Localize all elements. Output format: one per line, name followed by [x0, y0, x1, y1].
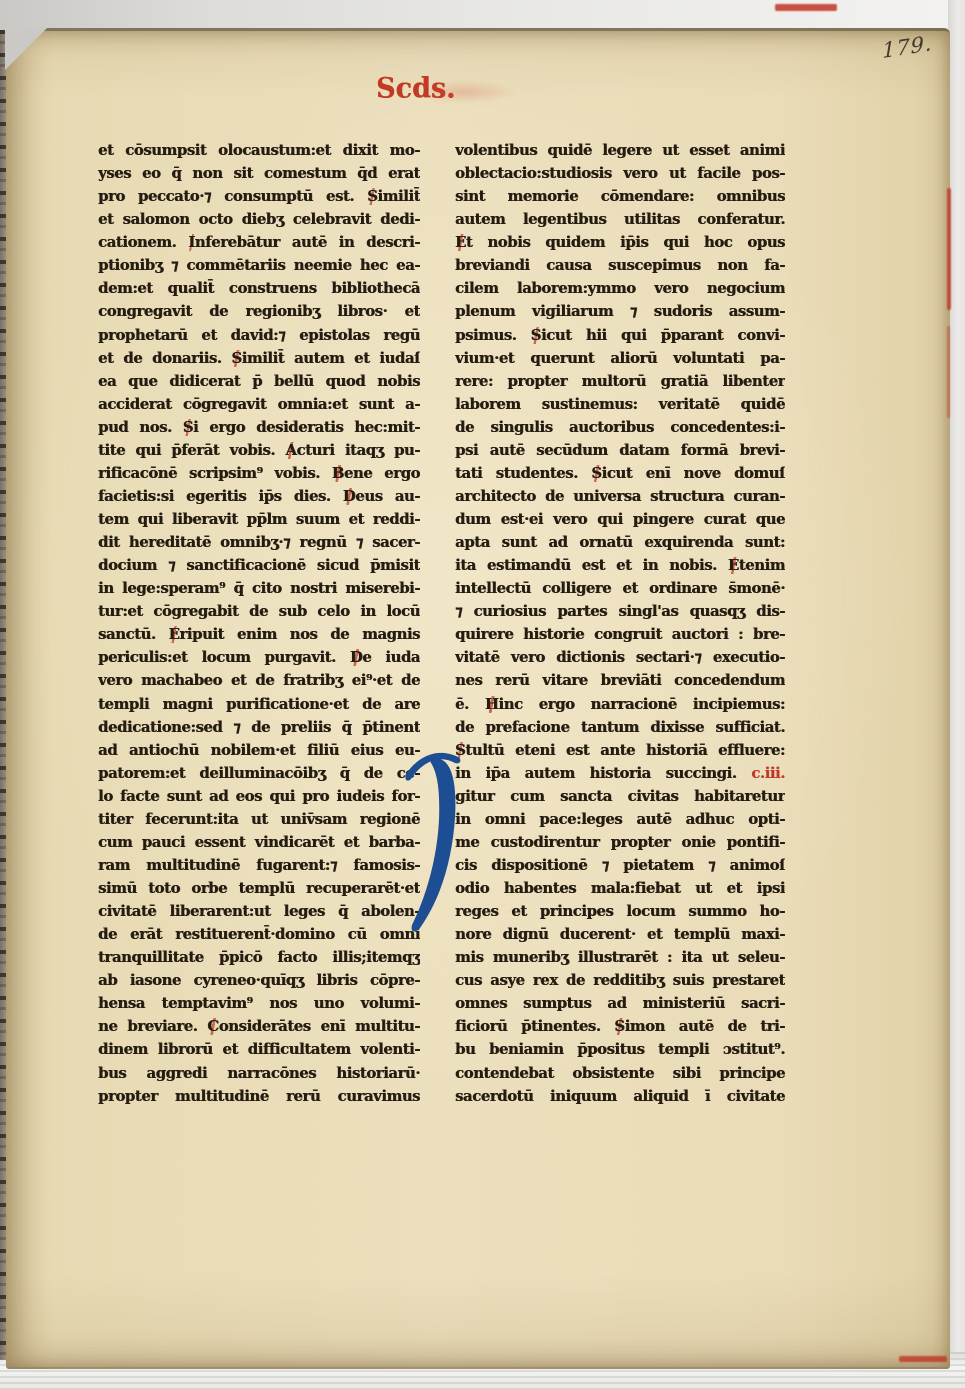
text-line: de erāt restituerent̄·domino cū omni — [98, 923, 420, 946]
text-line: ptionibʒ ⁊ commētariis neemie hec ea- — [98, 254, 420, 277]
text-line: odio habentes mala:fiebat ut et ipsi — [455, 877, 785, 900]
text-line: psimus. Sicut hii qui p̄parant convi- — [455, 324, 785, 347]
text-line: dedicatione:sed ⁊ de preliis q̄ p̄tinent — [98, 716, 420, 739]
chapter-initial-icon — [404, 745, 466, 933]
text-line: me custodirentur propter onie pontifi- — [455, 831, 785, 854]
text-line: tite qui p̄ferāt vobis. Acturi itaqʒ pu- — [98, 439, 420, 462]
text-line: hensa temptavim⁹ nos uno volumi- — [98, 992, 420, 1015]
text-line: ⁊ curiosius partes singl'as quasqʒ dis- — [455, 600, 785, 623]
red-edge-stain-right — [947, 188, 951, 310]
page-corner-shadow — [5, 28, 75, 80]
text-line: rere: propter multorū gratiā libenter — [455, 370, 785, 393]
text-line: intellectū colligere et ordinare s̄monē· — [455, 577, 785, 600]
text-line: pro peccato·⁊ consumptū est. Similit̄ — [98, 185, 420, 208]
text-line: nes rerū vitare breviāti concedendum — [455, 669, 785, 692]
text-line: Et nobis quidem ip̄is qui hoc opus — [455, 231, 785, 254]
text-line: dinem librorū et difficultatem volenti- — [98, 1038, 420, 1061]
text-line: et de donariis. Similit̄ autem et iudaſ — [98, 347, 420, 370]
text-line: ea que didicerat p̄ bellū quod nobis — [98, 370, 420, 393]
text-line: dum est·ei vero qui pingere curat que — [455, 508, 785, 531]
text-line: oblectacio:studiosis vero ut facile pos- — [455, 162, 785, 185]
text-line: autem legentibus utilitas conferatur. — [455, 208, 785, 231]
text-line: sacerdotū iniquum aliquid ī civitate — [455, 1085, 785, 1108]
text-line: omnes sumptus ad ministeriū sacri- — [455, 992, 785, 1015]
text-line: periculis:et locum purgavit. De iuda — [98, 646, 420, 669]
text-line: et salomon octo diebʒ celebravit dedi- — [98, 208, 420, 231]
text-line: ab iasone cyreneo·quīqʒ libris cōpre- — [98, 969, 420, 992]
text-line: psi autē secūdum datam formā brevi- — [455, 439, 785, 462]
text-line: acciderat cōgregavit omnia:et sunt a- — [98, 393, 420, 416]
text-line: tur:et cōgregabit de sub celo in locū — [98, 600, 420, 623]
text-line: vium·et querunt aliorū voluntati pa- — [455, 347, 785, 370]
text-line: architecto de universa structura curan- — [455, 485, 785, 508]
red-edge-stain-top — [775, 4, 837, 11]
text-line: ne breviare. Considerātes enī multitu- — [98, 1015, 420, 1038]
text-line: dem:et qualit̄ construens bibliothecā — [98, 277, 420, 300]
text-line: ita estimandū est et in nobis. Etenim — [455, 554, 785, 577]
text-line: breviandi causa suscepimus non fa- — [455, 254, 785, 277]
text-line: mis muneribʒ illustrarēt : ita ut seleu- — [455, 946, 785, 969]
text-line: apta sunt ad ornatū exquirenda sunt: — [455, 531, 785, 554]
text-line: vero machabeo et de fratribʒ ei⁹·et de — [98, 669, 420, 692]
text-line: et cōsumpsit olocaustum:et dixit mo- — [98, 139, 420, 162]
folio-number: 179. — [882, 31, 933, 63]
text-line: ē. Hinc ergo narracionē incipiemus: — [455, 693, 785, 716]
text-line: ram multitudinē fugarent:⁊ famosis- — [98, 854, 420, 877]
text-line: quirere historie congruit auctori : bre- — [455, 623, 785, 646]
text-line: volentibus quidē legere ut esset animi — [455, 139, 785, 162]
text-column-left: et cōsumpsit olocaustum:et dixit mo-yses… — [98, 139, 420, 1108]
text-line: laborem sustinemus: veritatē quidē — [455, 393, 785, 416]
text-line: nore dignū ducerent· et templū maxi- — [455, 923, 785, 946]
text-line: bu beniamin p̄positus templi ɔstitut⁹. — [455, 1038, 785, 1061]
text-line: tati studentes. Sicut enī nove domuſ — [455, 462, 785, 485]
text-line: prophetarū et david:⁊ epistolas regū — [98, 324, 420, 347]
text-line: tranquillitate p̄picō facto illis;itemqʒ — [98, 946, 420, 969]
text-line: bus aggredi narracōnes historiarū· — [98, 1062, 420, 1085]
text-line: ficiorū p̄tinentes. Simon autē de tri- — [455, 1015, 785, 1038]
text-line: cum pauci essent vindicarēt et barba- — [98, 831, 420, 854]
text-line: simū toto orbe templū recuperarēt·et — [98, 877, 420, 900]
text-line: plenum vigiliarum ⁊ sudoris assum- — [455, 300, 785, 323]
text-line: de prefacione tantum dixisse sufficiat. — [455, 716, 785, 739]
text-line: templi magni purificatione·et de are — [98, 693, 420, 716]
text-line: yses eo q̄ non sit comestum q̄d erat — [98, 162, 420, 185]
red-edge-stain-right-faint — [947, 326, 950, 418]
text-line: civitatē liberarent:ut leges q̄ abolen- — [98, 900, 420, 923]
text-line: patorem:et deilluminacōibʒ q̄ de ce- — [98, 762, 420, 785]
text-line: docium ⁊ sanctificacionē sicud p̄misit — [98, 554, 420, 577]
text-line: pud nos. Si ergo desideratis hec:mit- — [98, 416, 420, 439]
text-line: lo facte sunt ad eos qui pro iudeis for- — [98, 785, 420, 808]
text-line: sint memorie cōmendare: omnibus — [455, 185, 785, 208]
text-line: facietis:si egeritis ip̄s dies. Deus au- — [98, 485, 420, 508]
text-line: cis dispositionē ⁊ pietatem ⁊ animoſ — [455, 854, 785, 877]
text-line: gitur cum sancta civitas habitaretur — [455, 785, 785, 808]
text-line: reges et principes locum summo ho- — [455, 900, 785, 923]
vellum-page: Scds. 179. et cōsumpsit olocaustum:et di… — [6, 28, 950, 1369]
running-title-showthrough — [430, 81, 516, 103]
text-column-right: volentibus quidē legere ut esset animiob… — [455, 139, 785, 1108]
text-line: in lege:speram⁹ q̄ cito nostri miserebi- — [98, 577, 420, 600]
text-line: cationem. Inferebātur autē in descri- — [98, 231, 420, 254]
text-line: cus asye rex de redditibʒ suis prestaret — [455, 969, 785, 992]
text-line: in ip̄a autem historia succingi. c.iii. — [455, 762, 785, 785]
text-line: vitatē vero dictionis sectari·⁊ executio… — [455, 646, 785, 669]
text-line: propter multitudinē rerū curavimus — [98, 1085, 420, 1108]
text-line: Stultū eteni est ante historiā effluere: — [455, 739, 785, 762]
text-line: tem qui liberavit pp̄lm suum et reddi- — [98, 508, 420, 531]
text-line: ad antiochū nobilem·et filiū eius eu- — [98, 739, 420, 762]
text-line: dit hereditatē omnibʒ·⁊ regnū ⁊ sacer- — [98, 531, 420, 554]
text-line: in omni pace:leges autē adhuc opti- — [455, 808, 785, 831]
text-line: de singulis auctoribus concedentes:i- — [455, 416, 785, 439]
text-line: sanctū. Eripuit enim nos de magnis — [98, 623, 420, 646]
red-edge-stain-bottom — [899, 1356, 947, 1362]
manuscript-scan: Scds. 179. et cōsumpsit olocaustum:et di… — [0, 0, 965, 1389]
text-line: cilem laborem:ymmo vero negocium — [455, 277, 785, 300]
text-line: congregavit de regionibʒ libros· et — [98, 300, 420, 323]
text-line: titer fecerunt:ita ut univ̄sam regionē — [98, 808, 420, 831]
text-line: rificacōnē scripsim⁹ vobis. Bene ergo — [98, 462, 420, 485]
text-line: contendebat obsistente sibi principe — [455, 1062, 785, 1085]
